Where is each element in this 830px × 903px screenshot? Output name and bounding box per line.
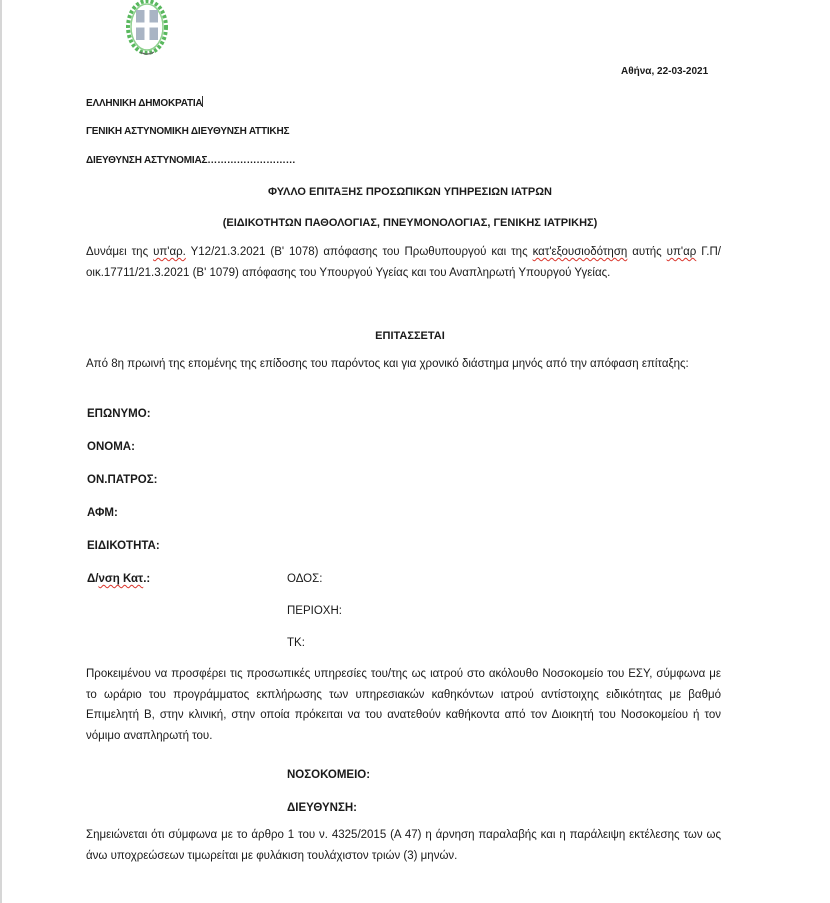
field-specialty: ΕΙΔΙΚΟΤΗΤΑ:	[87, 540, 160, 552]
field-street: ΟΔΟΣ:	[287, 573, 322, 585]
field-hospital-address: ΔΙΕΥΘΥΝΣΗ:	[287, 802, 357, 814]
field-name: ΟΝΟΜΑ:	[87, 441, 135, 453]
order-heading: ΕΠΙΤΑΣΣΕΤΑΙ	[60, 330, 760, 342]
header-republic-text: ΕΛΛΗΝΙΚΗ ΔΗΜΟΚΡΑΤΙΑ	[86, 98, 202, 109]
header-police-directorate: ΓΕΝΙΚΗ ΑΣΤΥΝΟΜΙΚΗ ΔΙΕΥΘΥΝΣΗ ΑΤΤΙΚΗΣ	[86, 126, 289, 137]
spellcheck-flagged-word[interactable]: υπ'αρ	[667, 246, 697, 258]
header-police-department: ΔΙΕΥΘΥΝΣΗ ΑΣΤΥΝΟΜΙΑΣ………………………	[86, 155, 295, 166]
field-residence: Δ/νση Κατ.:	[87, 573, 150, 585]
text-cursor	[202, 96, 203, 107]
service-paragraph: Προκειμένου να προσφέρει τις προσωπικές …	[86, 664, 721, 746]
intro-text-2: Υ12/21.3.2021 (Β' 1078) απόφασης του Πρω…	[186, 246, 533, 258]
page-edge	[0, 0, 2, 903]
spellcheck-flagged-word[interactable]: νση Κατ	[98, 573, 143, 585]
field-postal-code: ΤΚ:	[287, 637, 305, 649]
field-area: ΠΕΡΙΟΧΗ:	[287, 605, 342, 617]
field-surname: ΕΠΩΝΥΜΟ:	[87, 408, 151, 420]
spellcheck-flagged-word[interactable]: υπ'αρ.	[153, 246, 186, 258]
residence-prefix: Δ/	[87, 573, 98, 585]
document-title: ΦΥΛΛΟ ΕΠΙΤΑΞΗΣ ΠΡΟΣΩΠΙΚΩΝ ΥΠΗΡΕΣΙΩΝ ΙΑΤΡ…	[60, 186, 760, 198]
document-subtitle: (ΕΙΔΙΚΟΤΗΤΩΝ ΠΑΘΟΛΟΓΙΑΣ, ΠΝΕΥΜΟΝΟΛΟΓΙΑΣ,…	[60, 217, 760, 229]
intro-text-3: αυτής	[627, 246, 666, 258]
field-father-name: ΟΝ.ΠΑΤΡΟΣ:	[87, 474, 157, 486]
field-afm: ΑΦΜ:	[87, 507, 118, 519]
greek-emblem-icon	[125, 0, 169, 58]
spellcheck-flagged-word[interactable]: κατ'εξουσιοδότηση	[533, 246, 628, 258]
residence-suffix: .:	[143, 573, 150, 585]
intro-paragraph: Δυνάμει της υπ'αρ. Υ12/21.3.2021 (Β' 107…	[86, 242, 721, 283]
intro-text-1: Δυνάμει της	[86, 246, 153, 258]
document-date: Αθήνα, 22-03-2021	[621, 66, 708, 77]
header-republic[interactable]: ΕΛΛΗΝΙΚΗ ΔΗΜΟΚΡΑΤΙΑ	[86, 96, 203, 109]
field-hospital: ΝΟΣΟΚΟΜΕΙΟ:	[287, 769, 370, 781]
note-paragraph: Σημειώνεται ότι σύμφωνα με το άρθρο 1 το…	[86, 825, 721, 866]
order-paragraph: Από 8η πρωινή της επομένης της επίδοσης …	[86, 354, 721, 375]
